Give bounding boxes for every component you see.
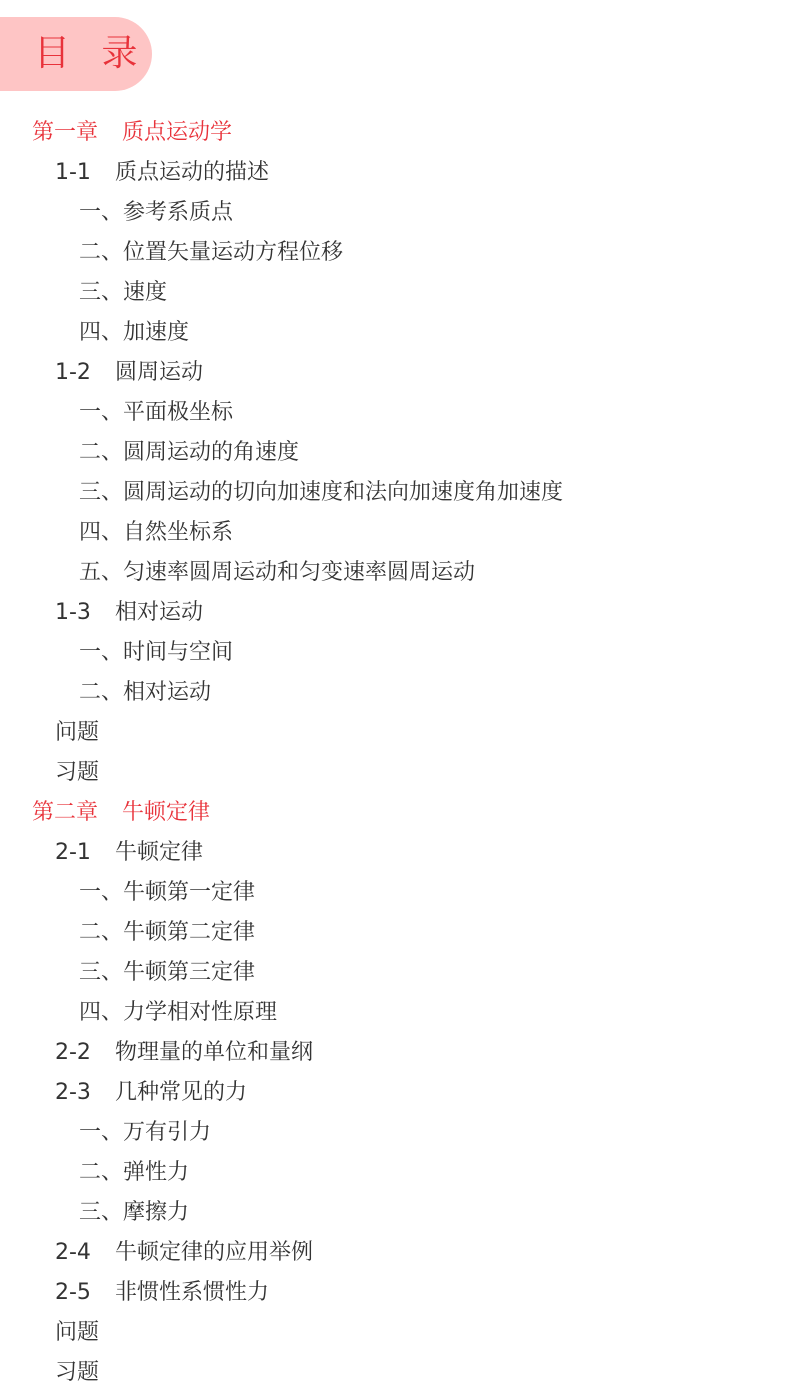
toc-item-title: 五、匀速率圆周运动和匀变速率圆周运动 bbox=[79, 560, 475, 585]
toc-item-title: 二、位置矢量运动方程位移 bbox=[79, 240, 343, 265]
toc-item-number: 第二章 bbox=[32, 793, 98, 833]
toc-item-title: 一、牛顿第一定律 bbox=[79, 880, 255, 905]
toc-item-title: 一、平面极坐标 bbox=[79, 400, 233, 425]
toc-section-item[interactable]: 问题 bbox=[0, 713, 790, 753]
toc-item-number: 1-2 bbox=[55, 353, 91, 393]
table-of-contents: 第一章质点运动学1-1质点运动的描述一、参考系质点二、位置矢量运动方程位移三、速… bbox=[0, 113, 790, 1393]
toc-item-number: 2-5 bbox=[55, 1273, 91, 1313]
toc-item-title: 二、相对运动 bbox=[79, 680, 211, 705]
toc-item-title: 非惯性系惯性力 bbox=[115, 1280, 269, 1305]
toc-subsection-item[interactable]: 一、牛顿第一定律 bbox=[0, 873, 790, 913]
toc-subsection-item[interactable]: 五、匀速率圆周运动和匀变速率圆周运动 bbox=[0, 553, 790, 593]
toc-item-title: 几种常见的力 bbox=[115, 1080, 247, 1105]
toc-subsection-item[interactable]: 四、力学相对性原理 bbox=[0, 993, 790, 1033]
toc-subsection-item[interactable]: 三、牛顿第三定律 bbox=[0, 953, 790, 993]
toc-item-number: 第一章 bbox=[32, 113, 98, 153]
toc-item-title: 牛顿定律的应用举例 bbox=[115, 1240, 313, 1265]
toc-item-title: 三、牛顿第三定律 bbox=[79, 960, 255, 985]
toc-item-title: 一、万有引力 bbox=[79, 1120, 211, 1145]
toc-subsection-item[interactable]: 三、速度 bbox=[0, 273, 790, 313]
toc-item-title: 四、自然坐标系 bbox=[79, 520, 233, 545]
toc-section-item[interactable]: 2-2物理量的单位和量纲 bbox=[0, 1033, 790, 1073]
toc-subsection-item[interactable]: 一、参考系质点 bbox=[0, 193, 790, 233]
toc-subsection-item[interactable]: 二、圆周运动的角速度 bbox=[0, 433, 790, 473]
toc-subsection-item[interactable]: 二、弹性力 bbox=[0, 1153, 790, 1193]
toc-section-item[interactable]: 习题 bbox=[0, 753, 790, 793]
toc-item-title: 问题 bbox=[55, 720, 99, 745]
toc-item-title: 牛顿定律 bbox=[122, 800, 210, 825]
toc-item-title: 问题 bbox=[55, 1320, 99, 1345]
toc-item-title: 三、摩擦力 bbox=[79, 1200, 189, 1225]
toc-subsection-item[interactable]: 一、时间与空间 bbox=[0, 633, 790, 673]
toc-section-item[interactable]: 习题 bbox=[0, 1353, 790, 1393]
toc-subsection-item[interactable]: 二、牛顿第二定律 bbox=[0, 913, 790, 953]
toc-item-number: 2-2 bbox=[55, 1033, 91, 1073]
toc-item-number: 2-3 bbox=[55, 1073, 91, 1113]
toc-item-title: 二、圆周运动的角速度 bbox=[79, 440, 299, 465]
toc-item-title: 相对运动 bbox=[115, 600, 203, 625]
toc-item-title: 二、弹性力 bbox=[79, 1160, 189, 1185]
toc-item-title: 二、牛顿第二定律 bbox=[79, 920, 255, 945]
toc-item-title: 四、加速度 bbox=[79, 320, 189, 345]
toc-item-title: 质点运动的描述 bbox=[115, 160, 269, 185]
toc-item-number: 2-1 bbox=[55, 833, 91, 873]
toc-section-item[interactable]: 1-1质点运动的描述 bbox=[0, 153, 790, 193]
toc-section-item[interactable]: 2-5非惯性系惯性力 bbox=[0, 1273, 790, 1313]
toc-header-pill: 目 录 bbox=[0, 17, 152, 91]
toc-chapter-heading[interactable]: 第一章质点运动学 bbox=[0, 113, 790, 153]
toc-section-item[interactable]: 问题 bbox=[0, 1313, 790, 1353]
toc-section-item[interactable]: 2-3几种常见的力 bbox=[0, 1073, 790, 1113]
toc-subsection-item[interactable]: 一、万有引力 bbox=[0, 1113, 790, 1153]
toc-item-title: 四、力学相对性原理 bbox=[79, 1000, 277, 1025]
toc-item-title: 圆周运动 bbox=[115, 360, 203, 385]
toc-item-title: 牛顿定律 bbox=[115, 840, 203, 865]
toc-item-title: 一、时间与空间 bbox=[79, 640, 233, 665]
toc-chapter-heading[interactable]: 第二章牛顿定律 bbox=[0, 793, 790, 833]
toc-subsection-item[interactable]: 一、平面极坐标 bbox=[0, 393, 790, 433]
toc-subsection-item[interactable]: 二、相对运动 bbox=[0, 673, 790, 713]
toc-subsection-item[interactable]: 四、加速度 bbox=[0, 313, 790, 353]
toc-section-item[interactable]: 1-3相对运动 bbox=[0, 593, 790, 633]
toc-item-title: 习题 bbox=[55, 1360, 99, 1385]
toc-item-title: 三、速度 bbox=[79, 280, 167, 305]
toc-item-title: 物理量的单位和量纲 bbox=[115, 1040, 313, 1065]
toc-section-item[interactable]: 2-4牛顿定律的应用举例 bbox=[0, 1233, 790, 1273]
toc-item-number: 2-4 bbox=[55, 1233, 91, 1273]
toc-item-title: 习题 bbox=[55, 760, 99, 785]
toc-item-title: 质点运动学 bbox=[122, 120, 232, 145]
toc-item-title: 一、参考系质点 bbox=[79, 200, 233, 225]
toc-subsection-item[interactable]: 三、圆周运动的切向加速度和法向加速度角加速度 bbox=[0, 473, 790, 513]
toc-title: 目 录 bbox=[34, 33, 147, 75]
toc-section-item[interactable]: 2-1牛顿定律 bbox=[0, 833, 790, 873]
toc-subsection-item[interactable]: 三、摩擦力 bbox=[0, 1193, 790, 1233]
toc-item-number: 1-3 bbox=[55, 593, 91, 633]
toc-subsection-item[interactable]: 四、自然坐标系 bbox=[0, 513, 790, 553]
toc-subsection-item[interactable]: 二、位置矢量运动方程位移 bbox=[0, 233, 790, 273]
toc-section-item[interactable]: 1-2圆周运动 bbox=[0, 353, 790, 393]
toc-item-number: 1-1 bbox=[55, 153, 91, 193]
toc-item-title: 三、圆周运动的切向加速度和法向加速度角加速度 bbox=[79, 480, 563, 505]
